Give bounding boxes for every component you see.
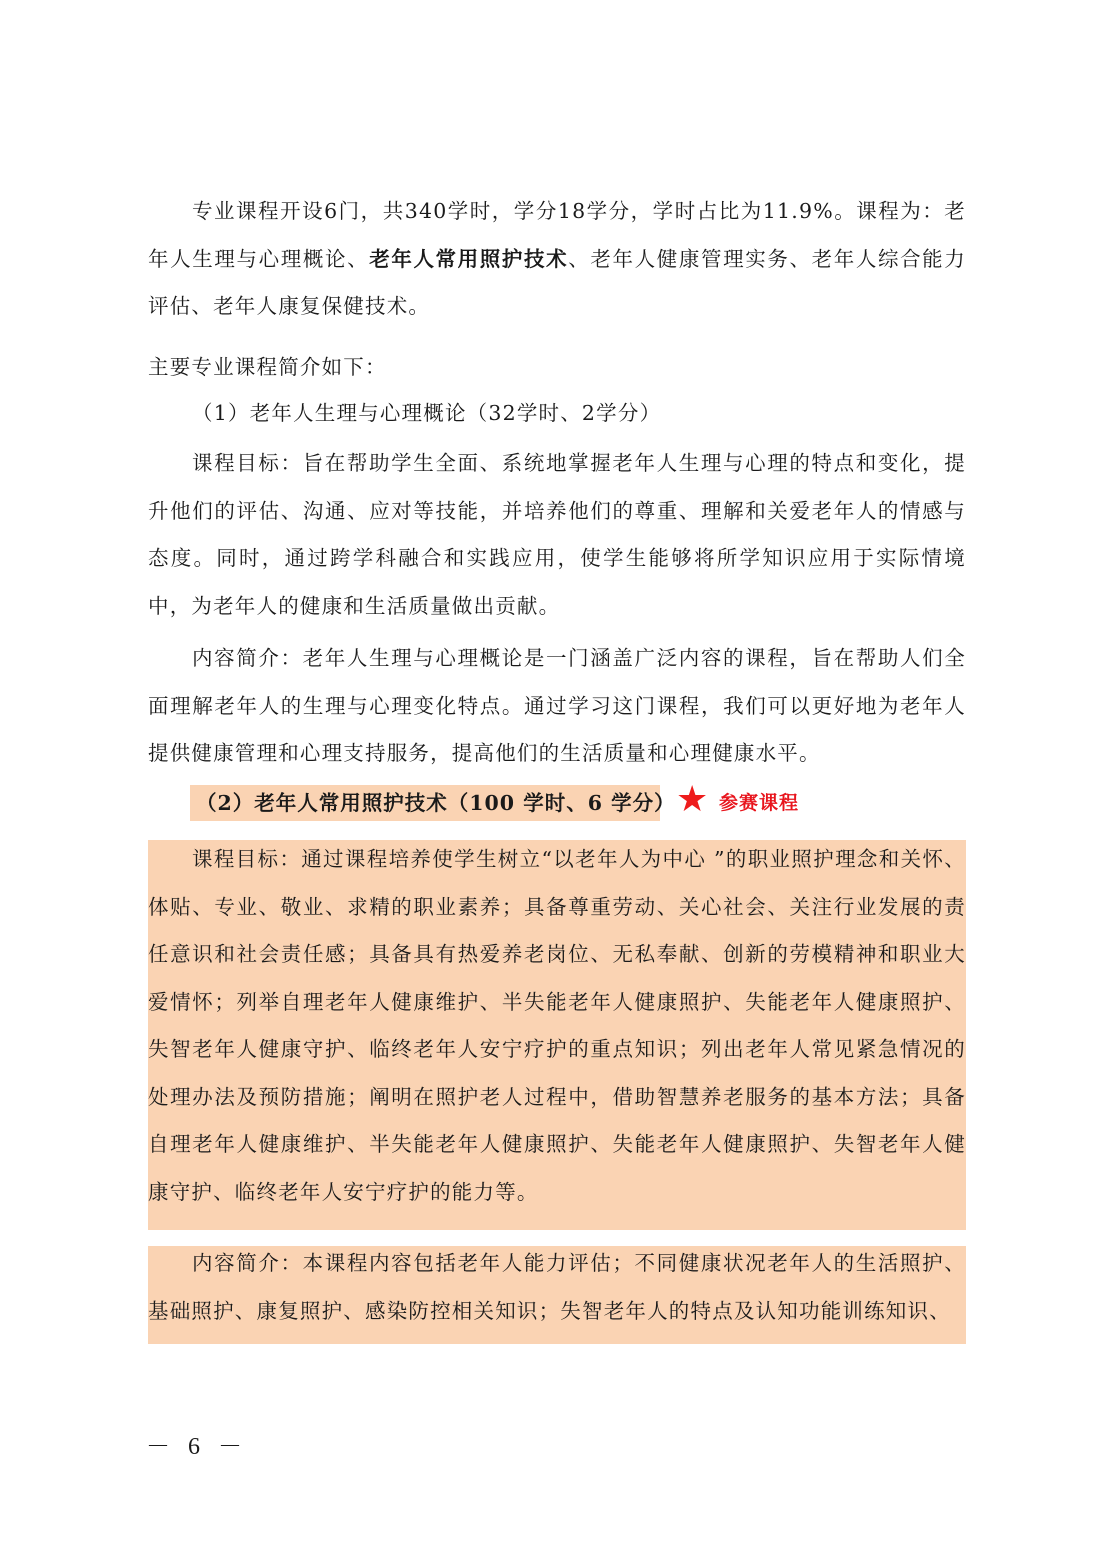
course-2-title: （2）老年人常用照护技术（100 学时、6 学分） xyxy=(196,785,676,821)
star-icon: ★ xyxy=(676,780,708,820)
document-page: 专业课程开设6门，共340学时，学分18学分，学时占比为11.9%。课程为：老年… xyxy=(0,0,1102,1559)
overview-label: 主要专业课程简介如下： xyxy=(148,344,966,392)
page-number: － 6 － xyxy=(146,1432,248,1462)
course-1-goal: 课程目标：旨在帮助学生全面、系统地掌握老年人生理与心理的特点和变化，提升他们的评… xyxy=(148,440,966,630)
course-1-title: （1）老年人生理与心理概论（32学时、2学分） xyxy=(148,390,966,438)
course-2-goal: 课程目标：通过课程培养使学生树立“以老年人为中心 ”的职业照护理念和关怀、体贴、… xyxy=(148,836,966,1216)
competition-course-badge: 参赛课程 xyxy=(719,785,799,821)
course-2-content: 内容简介：本课程内容包括老年人能力评估；不同健康状况老年人的生活照护、基础照护、… xyxy=(148,1240,966,1335)
course-1-content: 内容简介：老年人生理与心理概论是一门涵盖广泛内容的课程，旨在帮助人们全面理解老年… xyxy=(148,635,966,778)
intro-paragraph: 专业课程开设6门，共340学时，学分18学分，学时占比为11.9%。课程为：老年… xyxy=(148,188,966,331)
highlighted-course-name: 老年人常用照护技术 xyxy=(369,247,568,271)
